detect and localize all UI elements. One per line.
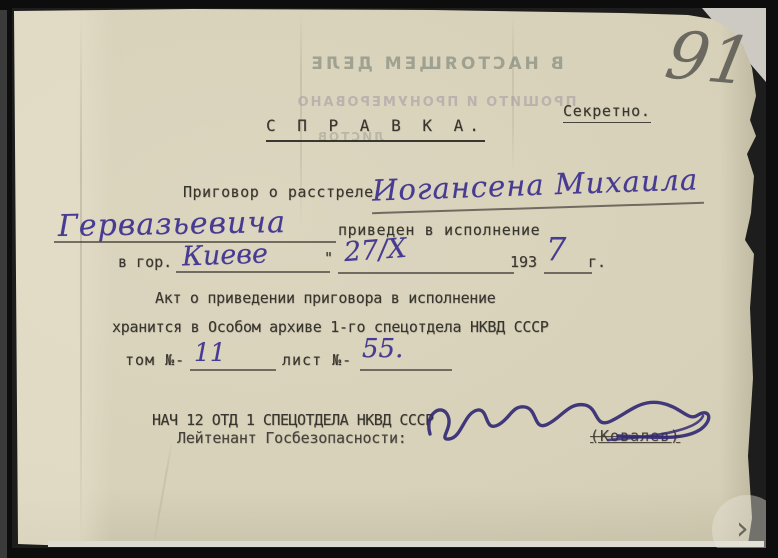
volume-label: том №- [125,351,185,369]
photo-bottom-edge [48,541,764,547]
sheet-label: лист №- [282,351,352,369]
fill-in-line [176,271,330,273]
window-edge [0,10,7,558]
document-photo: В НАСТОЯЩЕМ ДЕЛЕ ПРОШИТО И ПРОНУМЕРОВАНО… [12,8,766,548]
fill-in-line [190,369,276,371]
quote-mark: " [324,249,333,267]
fill-in-line [360,369,452,371]
bleedthrough-stamp-line1: В НАСТОЯЩЕМ ДЕЛЕ [295,54,577,74]
city-prefix: в гор. [118,253,172,271]
body-sentence2: Акт о приведении приговора в исполнение [155,289,496,307]
signer-position-line1: НАЧ 12 ОТД 1 СПЕЦОТДЕЛА НКВД СССР [152,411,434,429]
body-sentence3: хранится в Особом архиве 1-го спецотдела… [112,318,549,336]
chevron-right-icon: › [736,512,749,544]
signer-position-line2: Лейтенант Госбезопасности: [177,429,407,447]
classification-label: Секретно. [563,102,651,123]
handwritten-volume-value: 11 [194,338,226,367]
handwritten-date: 27/Х [343,233,408,268]
paper-sheet [12,8,766,548]
handwritten-sheet-value: 55. [362,334,403,364]
body-sentence1-typed: Приговор о расстреле [183,183,374,201]
bleedthrough-stamp-line2: ПРОШИТО И ПРОНУМЕРОВАНО [288,95,584,110]
fill-in-line [544,272,592,274]
handwritten-city: Киеве [181,239,268,273]
ink-signature [422,392,722,462]
fill-in-line [338,272,514,274]
pencil-page-number: 91 [660,17,758,100]
year-suffix: г. [588,253,606,271]
year-typed: 193 [510,253,537,271]
paper-crease [80,10,82,544]
document-title: С П Р А В К А. [266,116,485,142]
handwritten-year-digit: 7 [546,230,566,268]
paper-crease [512,12,514,172]
